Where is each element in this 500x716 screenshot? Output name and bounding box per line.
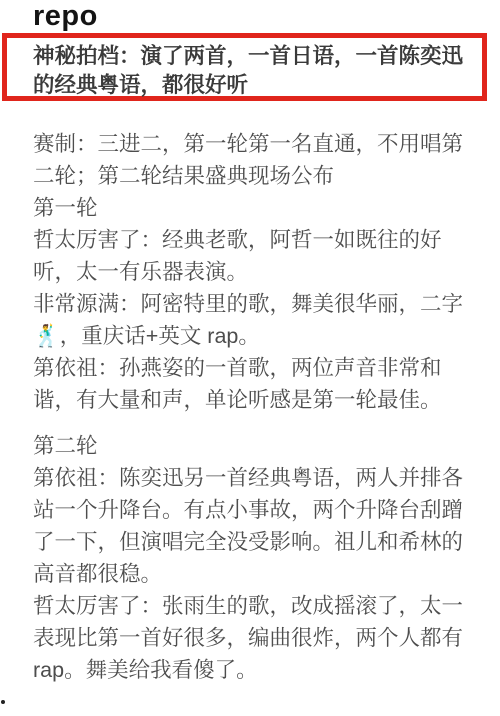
round-2-item-diyizu: 第依祖：陈奕迅另一首经典粤语，两人并排各站一个升降台。有点小事故，两个升降台刮蹭… <box>33 462 469 590</box>
round-2-section: 第二轮 第依祖：陈奕迅另一首经典粤语，两人并排各站一个升降台。有点小事故，两个升… <box>33 430 469 686</box>
post-body: 赛制：三进二，第一轮第一名直通，不用唱第二轮；第二轮结果盛典现场公布 第一轮 哲… <box>33 128 469 686</box>
highlight-text: 神秘拍档：演了两首，一首日语，一首陈奕迅的经典粤语，都很好听 <box>33 42 468 100</box>
post-page: repo 神秘拍档：演了两首，一首日语，一首陈奕迅的经典粤语，都很好听 赛制：三… <box>0 0 500 716</box>
rules-paragraph: 赛制：三进二，第一轮第一名直通，不用唱第二轮；第二轮结果盛典现场公布 <box>33 128 469 192</box>
round-2-heading: 第二轮 <box>33 430 469 462</box>
round-1-item-diyizu: 第依祖：孙燕姿的一首歌，两位声音非常和谐，有大量和声，单论听感是第一轮最佳。 <box>33 352 469 416</box>
round-2-item-zhetai: 哲太厉害了：张雨生的歌，改成摇滚了，太一表现比第一首好很多，编曲很炸，两个人都有… <box>33 590 469 686</box>
round-1-item-feichang: 非常源满：阿密特里的歌，舞美很华丽，二字🕺，重庆话+英文 rap。 <box>33 288 469 352</box>
highlight-box: 神秘拍档：演了两首，一首日语，一首陈奕迅的经典粤语，都很好听 <box>2 33 487 101</box>
page-title: repo <box>33 0 98 32</box>
round-1-section: 第一轮 哲太厉害了：经典老歌，阿哲一如既往的好听，太一有乐器表演。 非常源满：阿… <box>33 192 469 416</box>
round-1-heading: 第一轮 <box>33 192 469 224</box>
stray-mark <box>1 700 5 704</box>
round-1-item-zhetai: 哲太厉害了：经典老歌，阿哲一如既往的好听，太一有乐器表演。 <box>33 224 469 288</box>
